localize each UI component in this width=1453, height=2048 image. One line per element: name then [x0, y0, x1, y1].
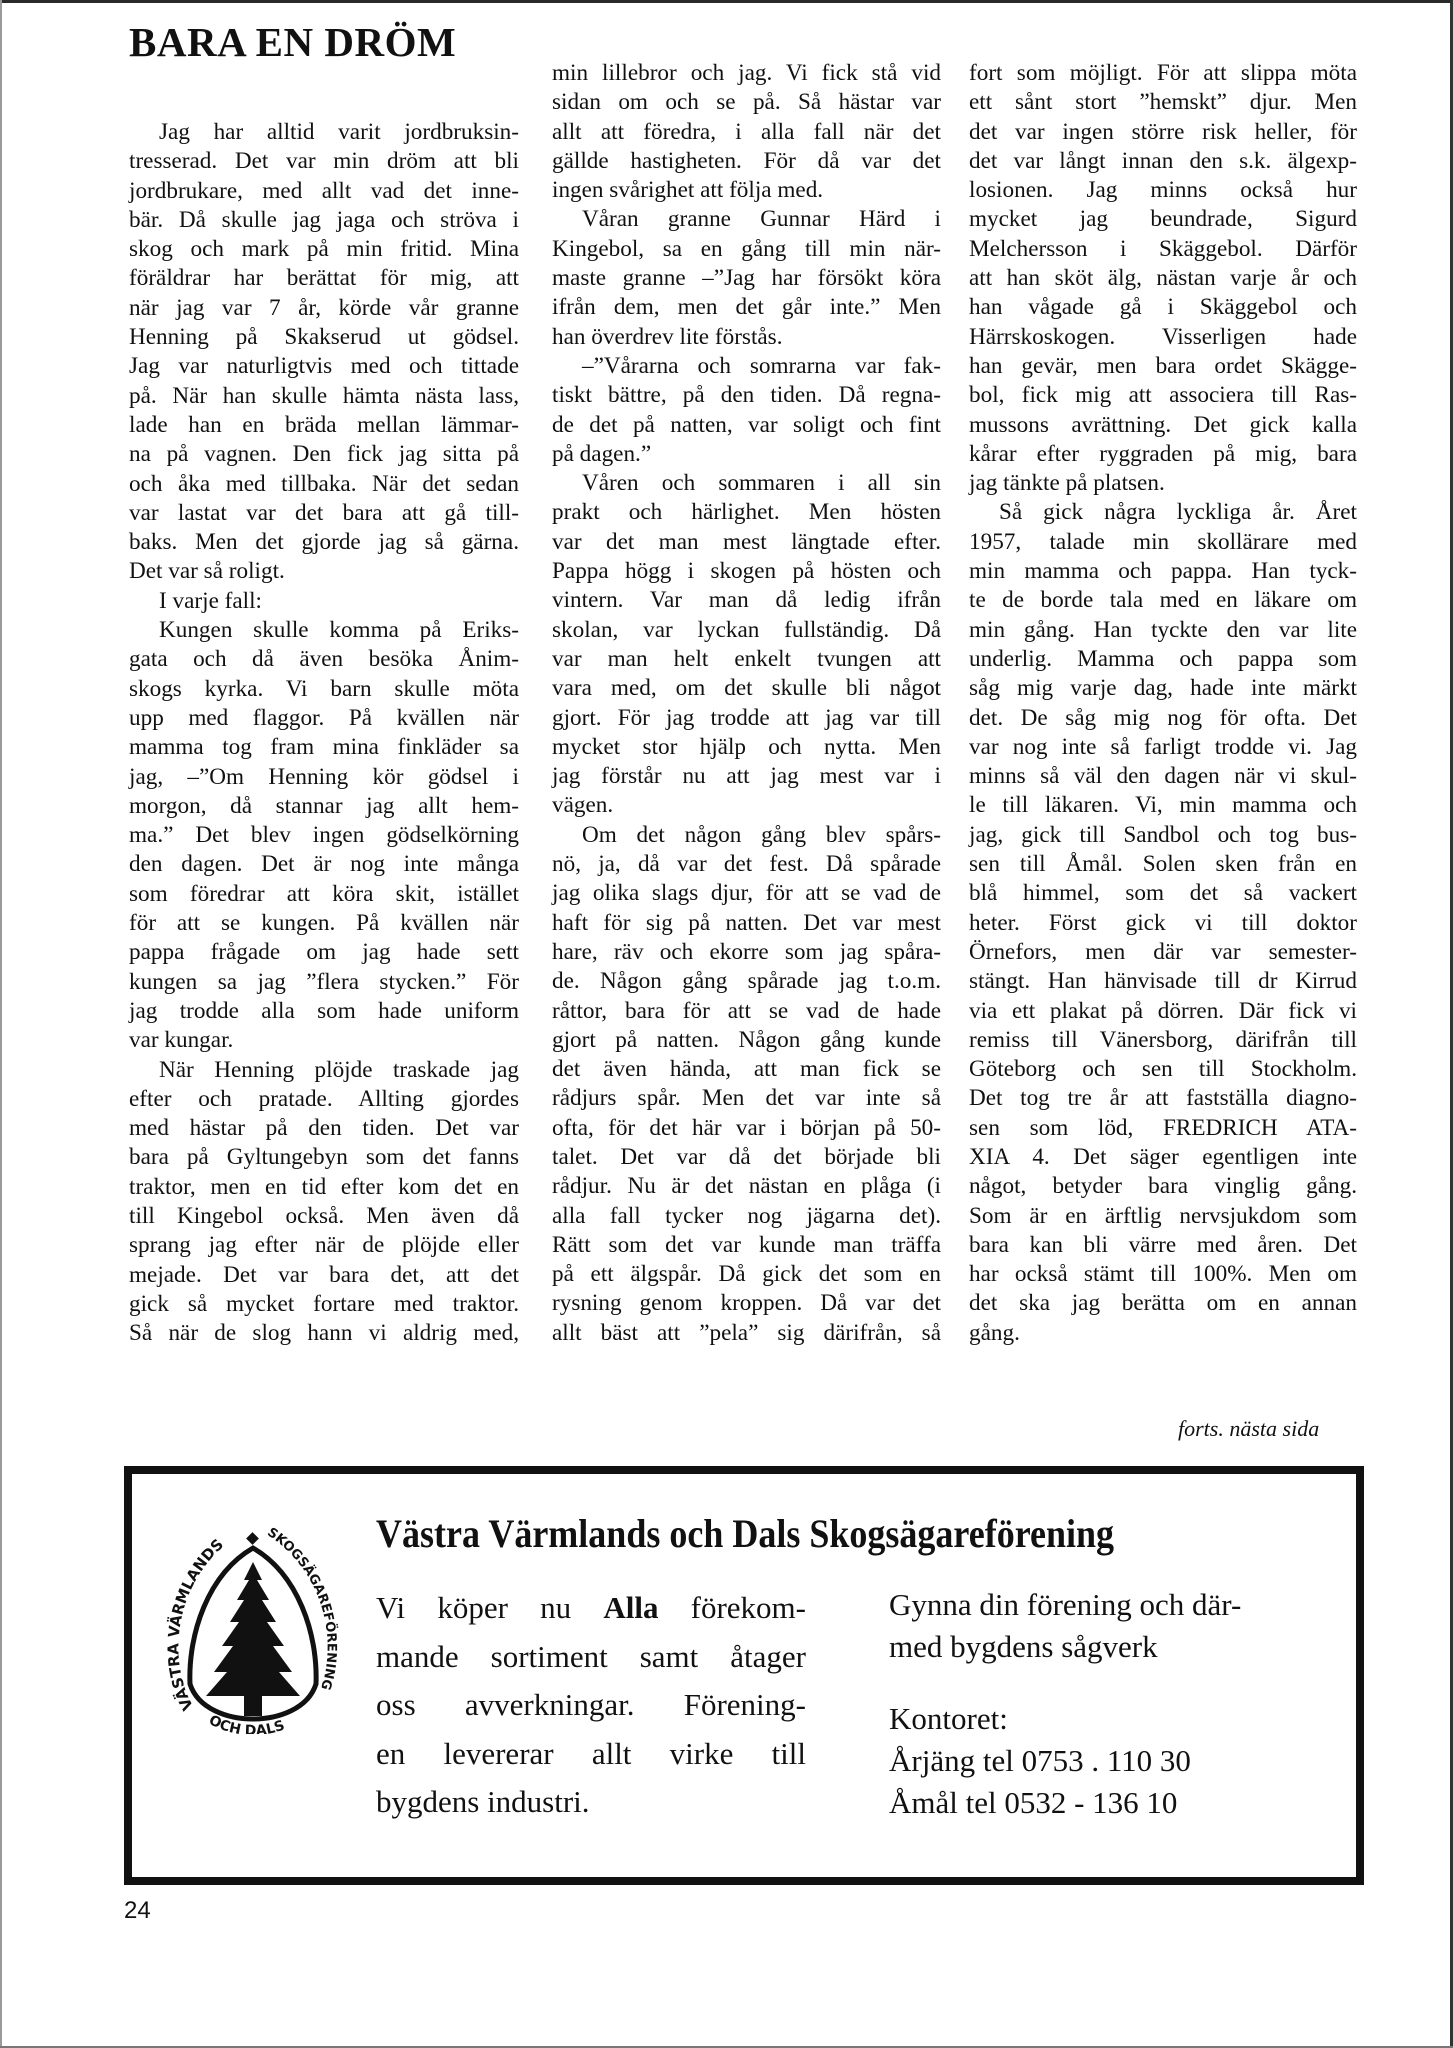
article-text-line: Henning på Skakserud ut gödsel.: [129, 323, 519, 352]
article-text-line: allt att föredra, i alla fall när det: [552, 118, 941, 147]
article-text-line: allt bäst att ”pela” sig därifrån, så: [552, 1319, 941, 1348]
article-text-line: talet. Det var då det började bli: [552, 1143, 941, 1172]
article-text-line: det även hända, att man fick se: [552, 1055, 941, 1084]
article-text-line: mycket stor hjälp och nytta. Men: [552, 733, 941, 762]
advertisement-box: VÄSTRA VÄRMLANDS SKOGSÄGAREFÖRENING OCH …: [124, 1466, 1364, 1885]
spacer: [889, 1668, 1349, 1698]
article-text-line: han vågade gå i Skäggebol och: [969, 293, 1357, 322]
article-text-line: skolan, var lyckan fullständig. Då: [552, 616, 941, 645]
article-text-line: prakt och härlighet. Men hösten: [552, 498, 941, 527]
article-text-line: fort som möjligt. För att slippa möta: [969, 59, 1357, 88]
article-text-line: kårar efter ryggraden på mig, bara: [969, 440, 1357, 469]
article-text-line: jag förstår nu att jag mest var i: [552, 762, 941, 791]
article-text-line: var kungar.: [129, 1026, 519, 1055]
page-number: 24: [124, 1897, 151, 1925]
article-text-line: min gång. Han tyckte den var lite: [969, 616, 1357, 645]
article-text-line: ofta, för det här var i början på 50-: [552, 1114, 941, 1143]
article-text-line: har också stämt till 100%. Men om: [969, 1260, 1357, 1289]
article-text-line: ma.” Det blev ingen gödselkörning: [129, 821, 519, 850]
article-text-line: efter och pratade. Allting gjordes: [129, 1085, 519, 1114]
article-text-line: Kingebol, sa en gång till min när-: [552, 235, 941, 264]
article-text-line: mussons avrättning. Det gick kalla: [969, 411, 1357, 440]
article-text-line: jag, gick till Sandbol och tog bus-: [969, 821, 1357, 850]
article-text-line: rådjurs spår. Men det var inte så: [552, 1084, 941, 1113]
article-text-line: Våren och sommaren i all sin: [552, 469, 941, 498]
article-text-line: att han sköt älg, nästan varje år och: [969, 264, 1357, 293]
article-text-line: såg mig varje dag, hade inte märkt: [969, 674, 1357, 703]
article-text-line: sen till Åmål. Solen sken från en: [969, 850, 1357, 879]
article-text-line: Jag har alltid varit jordbruksin-: [129, 118, 519, 147]
article-text-line: var nog inte så farligt trodde vi. Jag: [969, 733, 1357, 762]
article-text-line: han gevär, men bara ordet Skägge-: [969, 352, 1357, 381]
article-text-line: –”Vårarna och somrarna var fak-: [552, 352, 941, 381]
ad-offer-line: mande sortiment samt åtager: [376, 1633, 806, 1682]
article-text-line: Det tog tre år att fastställa diagno-: [969, 1084, 1357, 1113]
article-text-line: på dagen.”: [552, 440, 941, 469]
article-text-line: det var ingen större risk heller, för: [969, 118, 1357, 147]
article-text-line: de. Någon gång spårade jag t.o.m.: [552, 967, 941, 996]
article-text-line: vägen.: [552, 791, 941, 820]
article-text-line: gata och då även besöka Ånim-: [129, 645, 519, 674]
article-text-line: sidan om och se på. Så hästar var: [552, 88, 941, 117]
article-text-line: gjort. För jag trodde att jag var till: [552, 704, 941, 733]
article-text-line: Som är en ärftlig nervsjukdom som: [969, 1202, 1357, 1231]
article-text-line: losionen. Jag minns också hur: [969, 176, 1357, 205]
ad-contact-block: Gynna din förening och där- med bygdens …: [889, 1584, 1349, 1824]
article-text-line: mejade. Det var bara det, att det: [129, 1261, 519, 1290]
article-text-line: bara på Gyltungebyn som det fanns: [129, 1143, 519, 1172]
article-text-line: och åka med tillbaka. När det sedan: [129, 470, 519, 499]
article-title: BARA EN DRÖM: [129, 22, 456, 63]
article-text-line: Våran granne Gunnar Härd i: [552, 205, 941, 234]
article-text-line: Göteborg och sen till Stockholm.: [969, 1055, 1357, 1084]
article-text-line: det ska jag berätta om en annan: [969, 1289, 1357, 1318]
article-text-line: Om det någon gång blev spårs-: [552, 821, 941, 850]
article-text-line: sen som löd, FREDRICH ATA-: [969, 1114, 1357, 1143]
article-text-line: som föredrar att köra skit, istället: [129, 880, 519, 909]
article-text-line: pappa frågade om jag hade sett: [129, 938, 519, 967]
article-text-line: Örnefors, men där var semester-: [969, 938, 1357, 967]
article-text-line: XIA 4. Det säger egentligen inte: [969, 1143, 1357, 1172]
article-text-line: Så när de slog hann vi aldrig med,: [129, 1319, 519, 1348]
article-text-line: det var långt innan den s.k. älgexp-: [969, 147, 1357, 176]
article-text-line: stängt. Han hänvisade till dr Kirrud: [969, 967, 1357, 996]
ad-offer-text-pre: Vi köper nu: [376, 1590, 603, 1625]
article-text-line: de det på natten, var soligt och fint: [552, 411, 941, 440]
office-contact-arjang: Årjäng tel 0753 . 110 30: [889, 1740, 1349, 1782]
article-text-line: alla fall tycker nog jägarna det).: [552, 1202, 941, 1231]
article-text-line: 1957, talade min skollärare med: [969, 528, 1357, 557]
ad-slogan-line: Gynna din förening och där-: [889, 1584, 1349, 1626]
article-text-line: lade han en bräda mellan lämmar-: [129, 411, 519, 440]
article-text-line: han överdrev lite förstås.: [552, 323, 941, 352]
article-text-line: Rätt som det var kunde man träffa: [552, 1231, 941, 1260]
article-column-3: fort som möjligt. För att slippa mötaett…: [969, 59, 1357, 1348]
article-text-line: jag trodde alla som hade uniform: [129, 997, 519, 1026]
article-text-line: blå himmel, som det så vackert: [969, 879, 1357, 908]
article-text-line: Kungen skulle komma på Eriks-: [129, 616, 519, 645]
article-text-line: bara kan bli värre med åren. Det: [969, 1231, 1357, 1260]
article-text-line: något, betyder bara vinglig gång.: [969, 1172, 1357, 1201]
article-text-line: baks. Men det gjorde jag så gärna.: [129, 528, 519, 557]
office-label: Kontoret:: [889, 1698, 1349, 1740]
article-text-line: remiss till Vänersborg, därifrån till: [969, 1026, 1357, 1055]
article-text-line: le till läkaren. Vi, min mamma och: [969, 791, 1357, 820]
article-text-line: bol, fick mig att associera till Ras-: [969, 381, 1357, 410]
article-text-line: minns så väl den dagen när vi skul-: [969, 762, 1357, 791]
article-text-line: rådjur. Nu är det nästan en plåga (i: [552, 1172, 941, 1201]
spruce-tree-emblem-icon: VÄSTRA VÄRMLANDS SKOGSÄGAREFÖRENING OCH …: [158, 1514, 348, 1734]
article-text-line: haft för sig på natten. Det var mest: [552, 909, 941, 938]
article-text-line: skogs kyrka. Vi barn skulle möta: [129, 675, 519, 704]
article-text-line: na på vagnen. Den fick jag sitta på: [129, 440, 519, 469]
article-text-line: jag tänkte på platsen.: [969, 469, 1357, 498]
article-text-line: traktor, men en tid efter kom det en: [129, 1173, 519, 1202]
article-text-line: till Kingebol också. Men även då: [129, 1202, 519, 1231]
article-text-line: morgon, då stannar jag allt hem-: [129, 792, 519, 821]
ad-offer-line: en levererar allt virke till: [376, 1730, 806, 1779]
article-text-line: Härrskoskogen. Visserligen hade: [969, 323, 1357, 352]
article-text-line: var lastat var det bara att gå till-: [129, 499, 519, 528]
article-text-line: på. När han skulle hämta nästa lass,: [129, 382, 519, 411]
article-text-line: maste granne –”Jag har försökt köra: [552, 264, 941, 293]
article-text-line: när jag var 7 år, körde vår granne: [129, 294, 519, 323]
article-text-line: heter. Först gick vi till doktor: [969, 909, 1357, 938]
ad-offer-emphasis: Alla: [603, 1590, 658, 1625]
article-text-line: Pappa högg i skogen på hösten och: [552, 557, 941, 586]
article-text-line: på ett älgspår. Då gick det som en: [552, 1260, 941, 1289]
continuation-note: forts. nästa sida: [1178, 1416, 1319, 1442]
page-edge-left: [0, 0, 2, 2048]
article-text-line: var man helt enkelt tvungen att: [552, 645, 941, 674]
article-text-line: Jag var naturligtvis med och tittade: [129, 352, 519, 381]
article-text-line: kungen sa jag ”flera stycken.” För: [129, 968, 519, 997]
article-text-line: råttor, bara för att se vad de hade: [552, 997, 941, 1026]
article-text-line: för att se kungen. På kvällen när: [129, 909, 519, 938]
article-text-line: Melchersson i Skäggebol. Därför: [969, 235, 1357, 264]
article-text-line: bär. Då skulle jag jaga och ströva i: [129, 206, 519, 235]
article-text-line: mamma tog fram mina finkläder sa: [129, 733, 519, 762]
article-text-line: föräldrar har berättat för mig, att: [129, 264, 519, 293]
article-text-line: mycket jag beundrade, Sigurd: [969, 205, 1357, 234]
article-text-line: jordbrukare, med allt vad det inne-: [129, 177, 519, 206]
article-text-line: via ett plakat på dörren. Där fick vi: [969, 997, 1357, 1026]
article-text-line: upp med flaggor. På kvällen när: [129, 704, 519, 733]
article-column-2: min lillebror och jag. Vi fick stå vidsi…: [552, 59, 941, 1348]
article-text-line: ifrån dem, men det går inte.” Men: [552, 293, 941, 322]
article-text-line: gick så mycket fortare med traktor.: [129, 1290, 519, 1319]
article-text-line: ingen svårighet att följa med.: [552, 176, 941, 205]
article-text-line: vintern. Var man då ledig ifrån: [552, 586, 941, 615]
article-text-line: När Henning plöjde traskade jag: [129, 1056, 519, 1085]
article-text-line: I varje fall:: [129, 587, 519, 616]
article-text-line: ett sånt stort ”hemskt” djur. Men: [969, 88, 1357, 117]
article-column-1: Jag har alltid varit jordbruksin-tresser…: [129, 118, 519, 1348]
article-text-line: vara med, om det skulle bli något: [552, 674, 941, 703]
article-text-line: min lillebror och jag. Vi fick stå vid: [552, 59, 941, 88]
article-text-line: nö, ja, då var det fest. Då spårade: [552, 850, 941, 879]
article-text-line: jag olika slags djur, för att se vad de: [552, 879, 941, 908]
ad-offer-text: Vi köper nu Alla förekom- mande sortimen…: [376, 1584, 806, 1827]
ad-offer-line: oss avverkningar. Förening-: [376, 1681, 806, 1730]
article-text-line: jag, –”Om Henning kör gödsel i: [129, 763, 519, 792]
ad-offer-line: Vi köper nu Alla förekom-: [376, 1584, 806, 1633]
article-text-line: gällde hastigheten. För då var det: [552, 147, 941, 176]
article-text-line: hare, räv och ekorre som jag spåra-: [552, 938, 941, 967]
office-contact-amal: Åmål tel 0532 - 136 10: [889, 1782, 1349, 1824]
article-text-line: det. De såg mig nog för ofta. Det: [969, 704, 1357, 733]
article-text-line: underlig. Mamma och pappa som: [969, 645, 1357, 674]
article-text-line: Så gick några lyckliga år. Året: [969, 498, 1357, 527]
article-text-line: min mamma och pappa. Han tyck-: [969, 557, 1357, 586]
article-text-line: var det man mest längtade efter.: [552, 528, 941, 557]
article-text-line: te de borde tala med en läkare om: [969, 586, 1357, 615]
ad-offer-line: bygdens industri.: [376, 1778, 806, 1827]
article-text-line: med hästar på den tiden. Det var: [129, 1114, 519, 1143]
article-text-line: sprang jag efter när de plöjde eller: [129, 1231, 519, 1260]
article-text-line: tresserad. Det var min dröm att bli: [129, 147, 519, 176]
ad-offer-text-post: förekom-: [658, 1590, 806, 1625]
ad-heading: Västra Värmlands och Dals Skogsägareföre…: [376, 1510, 1114, 1557]
page-edge-top: [0, 0, 1453, 3]
article-text-line: den dagen. Det är nog inte många: [129, 850, 519, 879]
article-text-line: gång.: [969, 1319, 1357, 1348]
article-text-line: rysning genom kroppen. Då var det: [552, 1289, 941, 1318]
article-text-line: skog och mark på min fritid. Mina: [129, 235, 519, 264]
ad-slogan-line: med bygdens sågverk: [889, 1626, 1349, 1668]
article-text-line: Det var så roligt.: [129, 557, 519, 586]
article-text-line: tiskt bättre, på den tiden. Då regna-: [552, 381, 941, 410]
article-text-line: gjort på natten. Någon gång kunde: [552, 1026, 941, 1055]
